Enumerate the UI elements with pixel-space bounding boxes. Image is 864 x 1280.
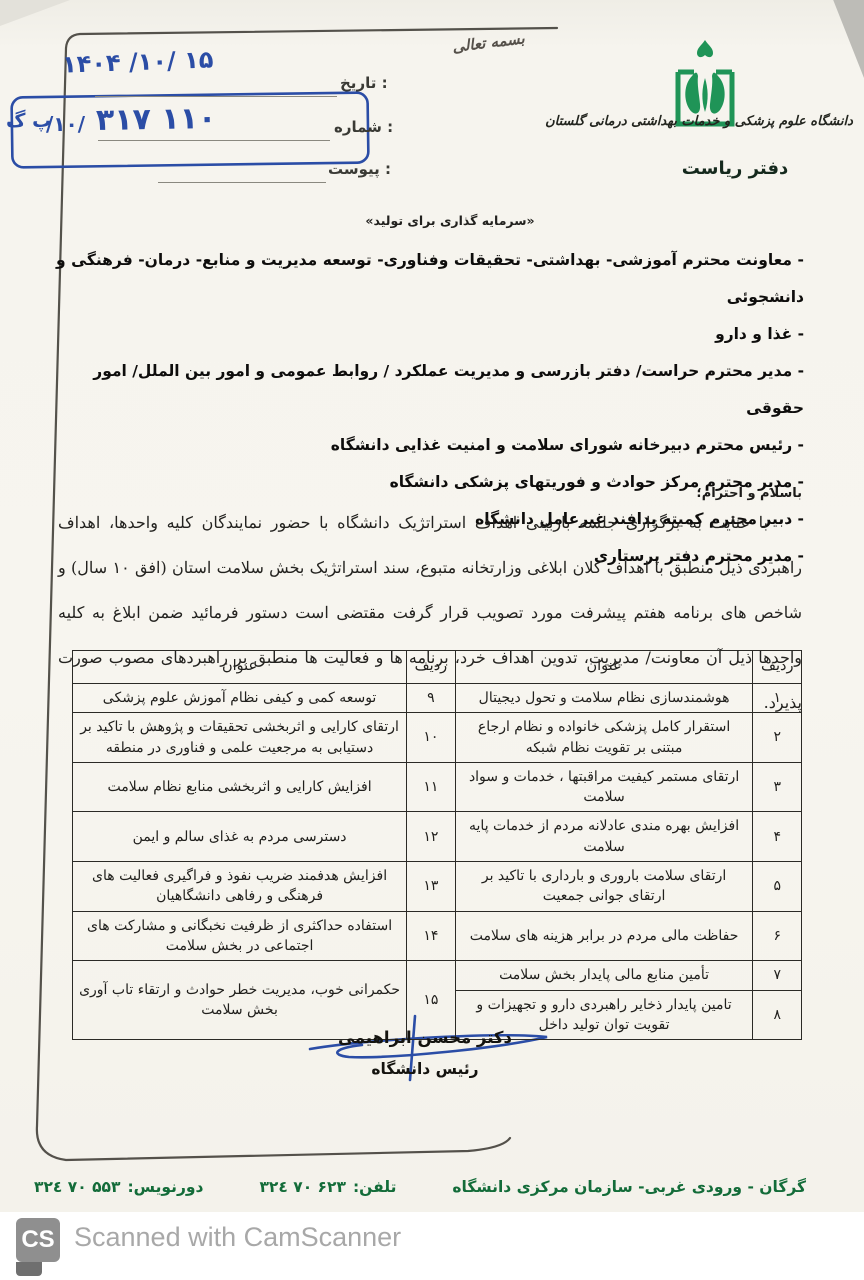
goal-title: افزایش بهره مندی عادلانه مردم از خدمات پ… [455,812,753,862]
table-row: ۴ افزایش بهره مندی عادلانه مردم از خدمات… [73,812,802,862]
goal-title: افزایش کارایی و اثربخشی منابع نظام سلامت [73,762,407,812]
title-header: عنوان [455,651,753,684]
recipient-item: - غذا و دارو [56,316,804,353]
goal-number: ۱۳ [407,862,456,912]
handwritten-number-digits: ۳۱۷ ۱۱۰ [96,101,217,138]
goal-title: استفاده حداکثری از ظرفیت نخبگانی و مشارک… [73,911,407,961]
footer-fax: دورنویس: ۳۲٤ ۷۰ ۵۵۳ [34,1178,203,1196]
goal-title: استقرار کامل پزشکی خانواده و نظام ارجاع … [455,713,753,763]
phone-number: ۳۲٤ ۷۰ ۶۲۳ [259,1178,345,1196]
goal-number: ۴ [753,812,802,862]
handwritten-date: ۱۴۰۴ /۱۰/ ۱۵ [62,45,214,78]
fax-label: دورنویس: [127,1178,203,1196]
goal-number: ۹ [407,684,456,713]
recipient-item: - مدیر محترم حراست/ دفتر بازرسی و مدیریت… [56,353,804,427]
handwritten-number-letters: پ گ [6,110,51,132]
attachment-label: پیوست : [328,160,392,178]
university-name: دانشگاه علوم پزشکی و خدمات بهداشتی درمان… [535,114,863,129]
recipient-item: - رئیس محترم دبیرخانه شورای سلامت و امنی… [56,427,804,464]
table-header-row: ردیف عنوان ردیف عنوان [73,651,802,684]
fax-number: ۳۲٤ ۷۰ ۵۵۳ [34,1178,120,1196]
goal-number: ۳ [753,762,802,812]
goal-title: هوشمندسازی نظام سلامت و تحول دیجیتال [455,684,753,713]
signer-title: رئیس دانشگاه [300,1060,550,1078]
goal-number: ۸ [753,990,802,1040]
goal-number: ۱۰ [407,713,456,763]
goal-title: ارتقای مستمر کیفیت مراقبتها ، خدمات و سو… [455,762,753,812]
table-row: ۷ تأمین منابع مالی پایدار بخش سلامت ۱۵ ح… [73,961,802,990]
camscanner-logo-tab [16,1262,42,1276]
camscanner-logo-icon: CS [16,1218,60,1262]
footer-phone: تلفن: ۳۲٤ ۷۰ ۶۲۳ [259,1178,396,1196]
salutation-text: باسلام و احترام؛ [60,486,802,501]
signer-name: دکتر محسن ابراهیمی [300,1028,550,1047]
title-header: عنوان [73,651,407,684]
camscanner-watermark-strip: CS Scanned with CamScanner [0,1212,864,1280]
goal-number: ۷ [753,961,802,990]
handwritten-number-mid: /۱۰/ [46,112,85,136]
strategic-goals-table: ردیف عنوان ردیف عنوان ۱ هوشمندسازی نظام … [72,650,802,1040]
goal-number: ۲ [753,713,802,763]
goal-title: دسترسی مردم به غذای سالم و ایمن [73,812,407,862]
scanned-letter-page: بسمه تعالی دانشگاه علوم پزشکی و خدمات به… [0,0,864,1280]
goal-title: حفاظت مالی مردم در برابر هزینه های سلامت [455,911,753,961]
year-slogan: «سرمایه گذاری برای تولید» [320,213,580,228]
table-row: ۶ حفاظت مالی مردم در برابر هزینه های سلا… [73,911,802,961]
row-number-header: ردیف [407,651,456,684]
recipient-item: - معاونت محترم آموزشی- بهداشتی- تحقیقات … [56,242,804,316]
letterhead-footer: گرگان - ورودی غربی- سازمان مرکزی دانشگاه… [34,1178,806,1196]
table-row: ۲ استقرار کامل پزشکی خانواده و نظام ارجا… [73,713,802,763]
phone-label: تلفن: [353,1178,396,1196]
goal-number: ۶ [753,911,802,961]
goal-title: ارتقای کارایی و اثربخشی تحقیقات و پژوهش … [73,713,407,763]
footer-address: گرگان - ورودی غربی- سازمان مرکزی دانشگاه [452,1178,806,1196]
attachment-line [158,158,326,183]
goal-title: تأمین منابع مالی پایدار بخش سلامت [455,961,753,990]
goal-title: ارتقای سلامت باروری و بارداری با تاکید ب… [455,862,753,912]
number-label: شماره : [334,118,396,136]
goal-number: ۱۱ [407,762,456,812]
row-number-header: ردیف [753,651,802,684]
goal-number: ۱ [753,684,802,713]
goal-number: ۵ [753,862,802,912]
camscanner-watermark-text: Scanned with CamScanner [74,1222,401,1253]
goal-number: ۱۲ [407,812,456,862]
office-name: دفتر ریاست [660,158,810,179]
table-row: ۵ ارتقای سلامت باروری و بارداری با تاکید… [73,862,802,912]
goal-title: توسعه کمی و کیفی نظام آموزش علوم پزشکی [73,684,407,713]
goal-title: افزایش هدفمند ضریب نفوذ و فراگیری فعالیت… [73,862,407,912]
goal-number: ۱۴ [407,911,456,961]
date-label: تاریخ : [340,74,400,92]
table-row: ۱ هوشمندسازی نظام سلامت و تحول دیجیتال ۹… [73,684,802,713]
table-row: ۳ ارتقای مستمر کیفیت مراقبتها ، خدمات و … [73,762,802,812]
